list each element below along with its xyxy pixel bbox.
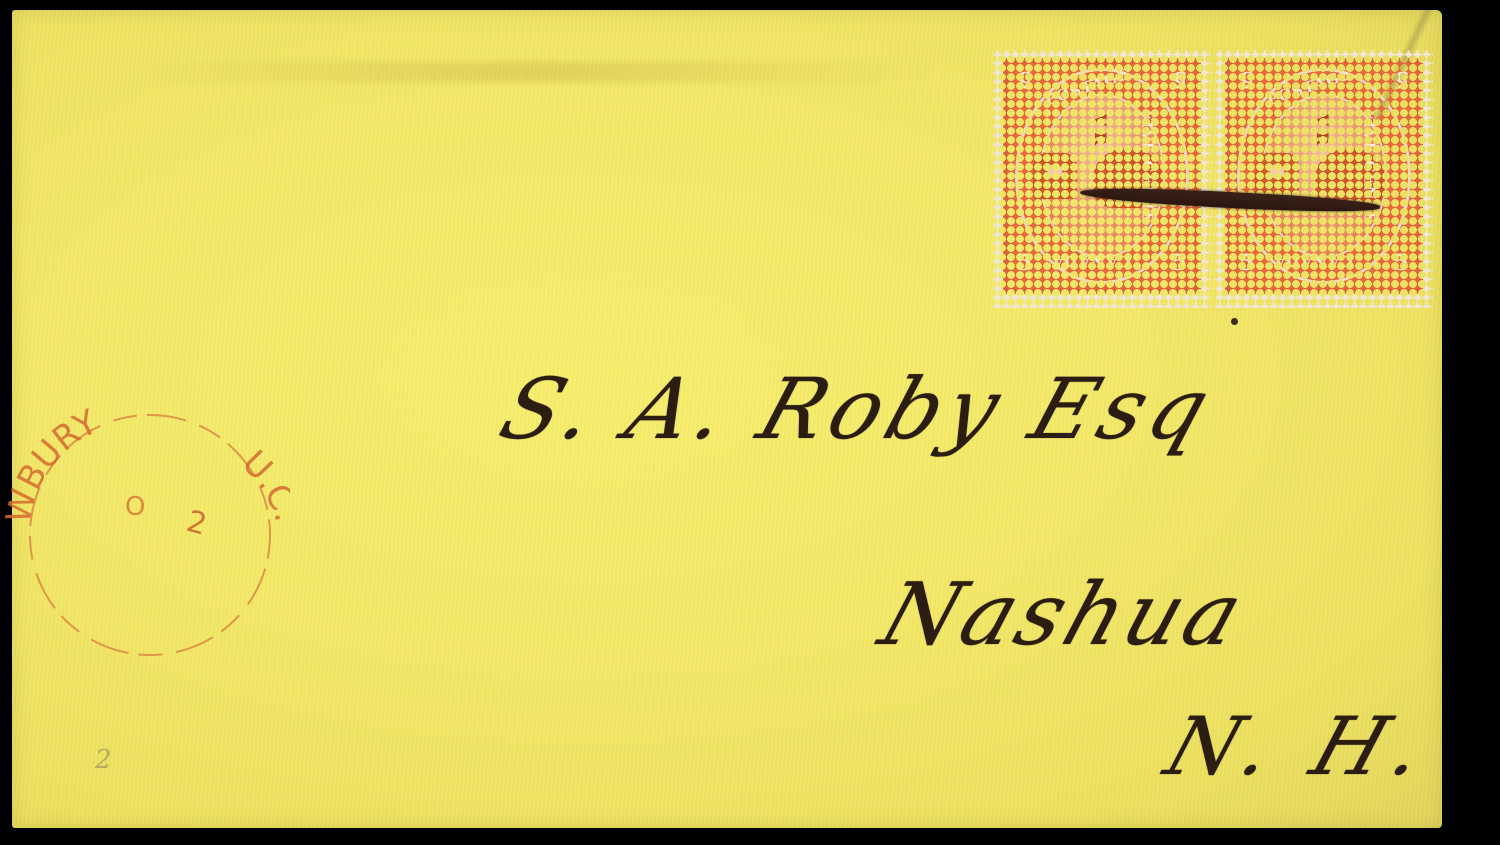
stamp-bottom-text: CANADA [1273, 252, 1353, 270]
stamp-pair: V R POSTAGE FIVE CENTS CANADA 5 5 5 5 V … [993, 50, 1436, 312]
stamp-monogram: V R [1091, 114, 1110, 145]
crown-icon [1255, 153, 1299, 199]
postmark: WBURY O 2 U.C. [0, 405, 290, 675]
stamp-design: V R POSTAGE FIVE CENTS CANADA 5 5 5 5 [1003, 58, 1201, 294]
stamp-value: 5 [1239, 250, 1254, 276]
stamp: V R POSTAGE FIVE CENTS CANADA 5 5 5 5 [1215, 50, 1433, 308]
stamp-value: 5 [1017, 66, 1032, 92]
crown-icon [1033, 153, 1077, 199]
pencil-note: 2 [95, 745, 112, 775]
stamp-value: 5 [1172, 66, 1187, 92]
ink-dot [1231, 318, 1238, 325]
stamp-value: 5 [1394, 66, 1409, 92]
postmark-province: U.C. [234, 443, 290, 526]
flap-shadow [132, 62, 932, 82]
stamp-bottom-text: CANADA [1051, 252, 1131, 270]
stamp: V R POSTAGE FIVE CENTS CANADA 5 5 5 5 [993, 50, 1211, 308]
address-state: N. H. [1155, 700, 1446, 793]
svg-text:WBURY: WBURY [0, 405, 104, 527]
stamp-value: 5 [1394, 250, 1409, 276]
stamp-design: V R POSTAGE FIVE CENTS CANADA 5 5 5 5 [1225, 58, 1423, 294]
stamp-value: 5 [1239, 66, 1254, 92]
stamp-value: 5 [1172, 250, 1187, 276]
stamp-right-text: FIVE CENTS [1138, 109, 1156, 224]
postmark-date-1: O [125, 492, 145, 522]
stamp-monogram: V R [1313, 114, 1332, 145]
svg-text:U.C.: U.C. [234, 443, 290, 526]
stamp-value: 5 [1017, 250, 1032, 276]
address-city: Nashua [869, 565, 1258, 665]
address-name: S. A. Roby Esq [489, 360, 1227, 458]
postmark-town: WBURY [0, 405, 104, 527]
postmark-date-2: 2 [183, 504, 211, 543]
